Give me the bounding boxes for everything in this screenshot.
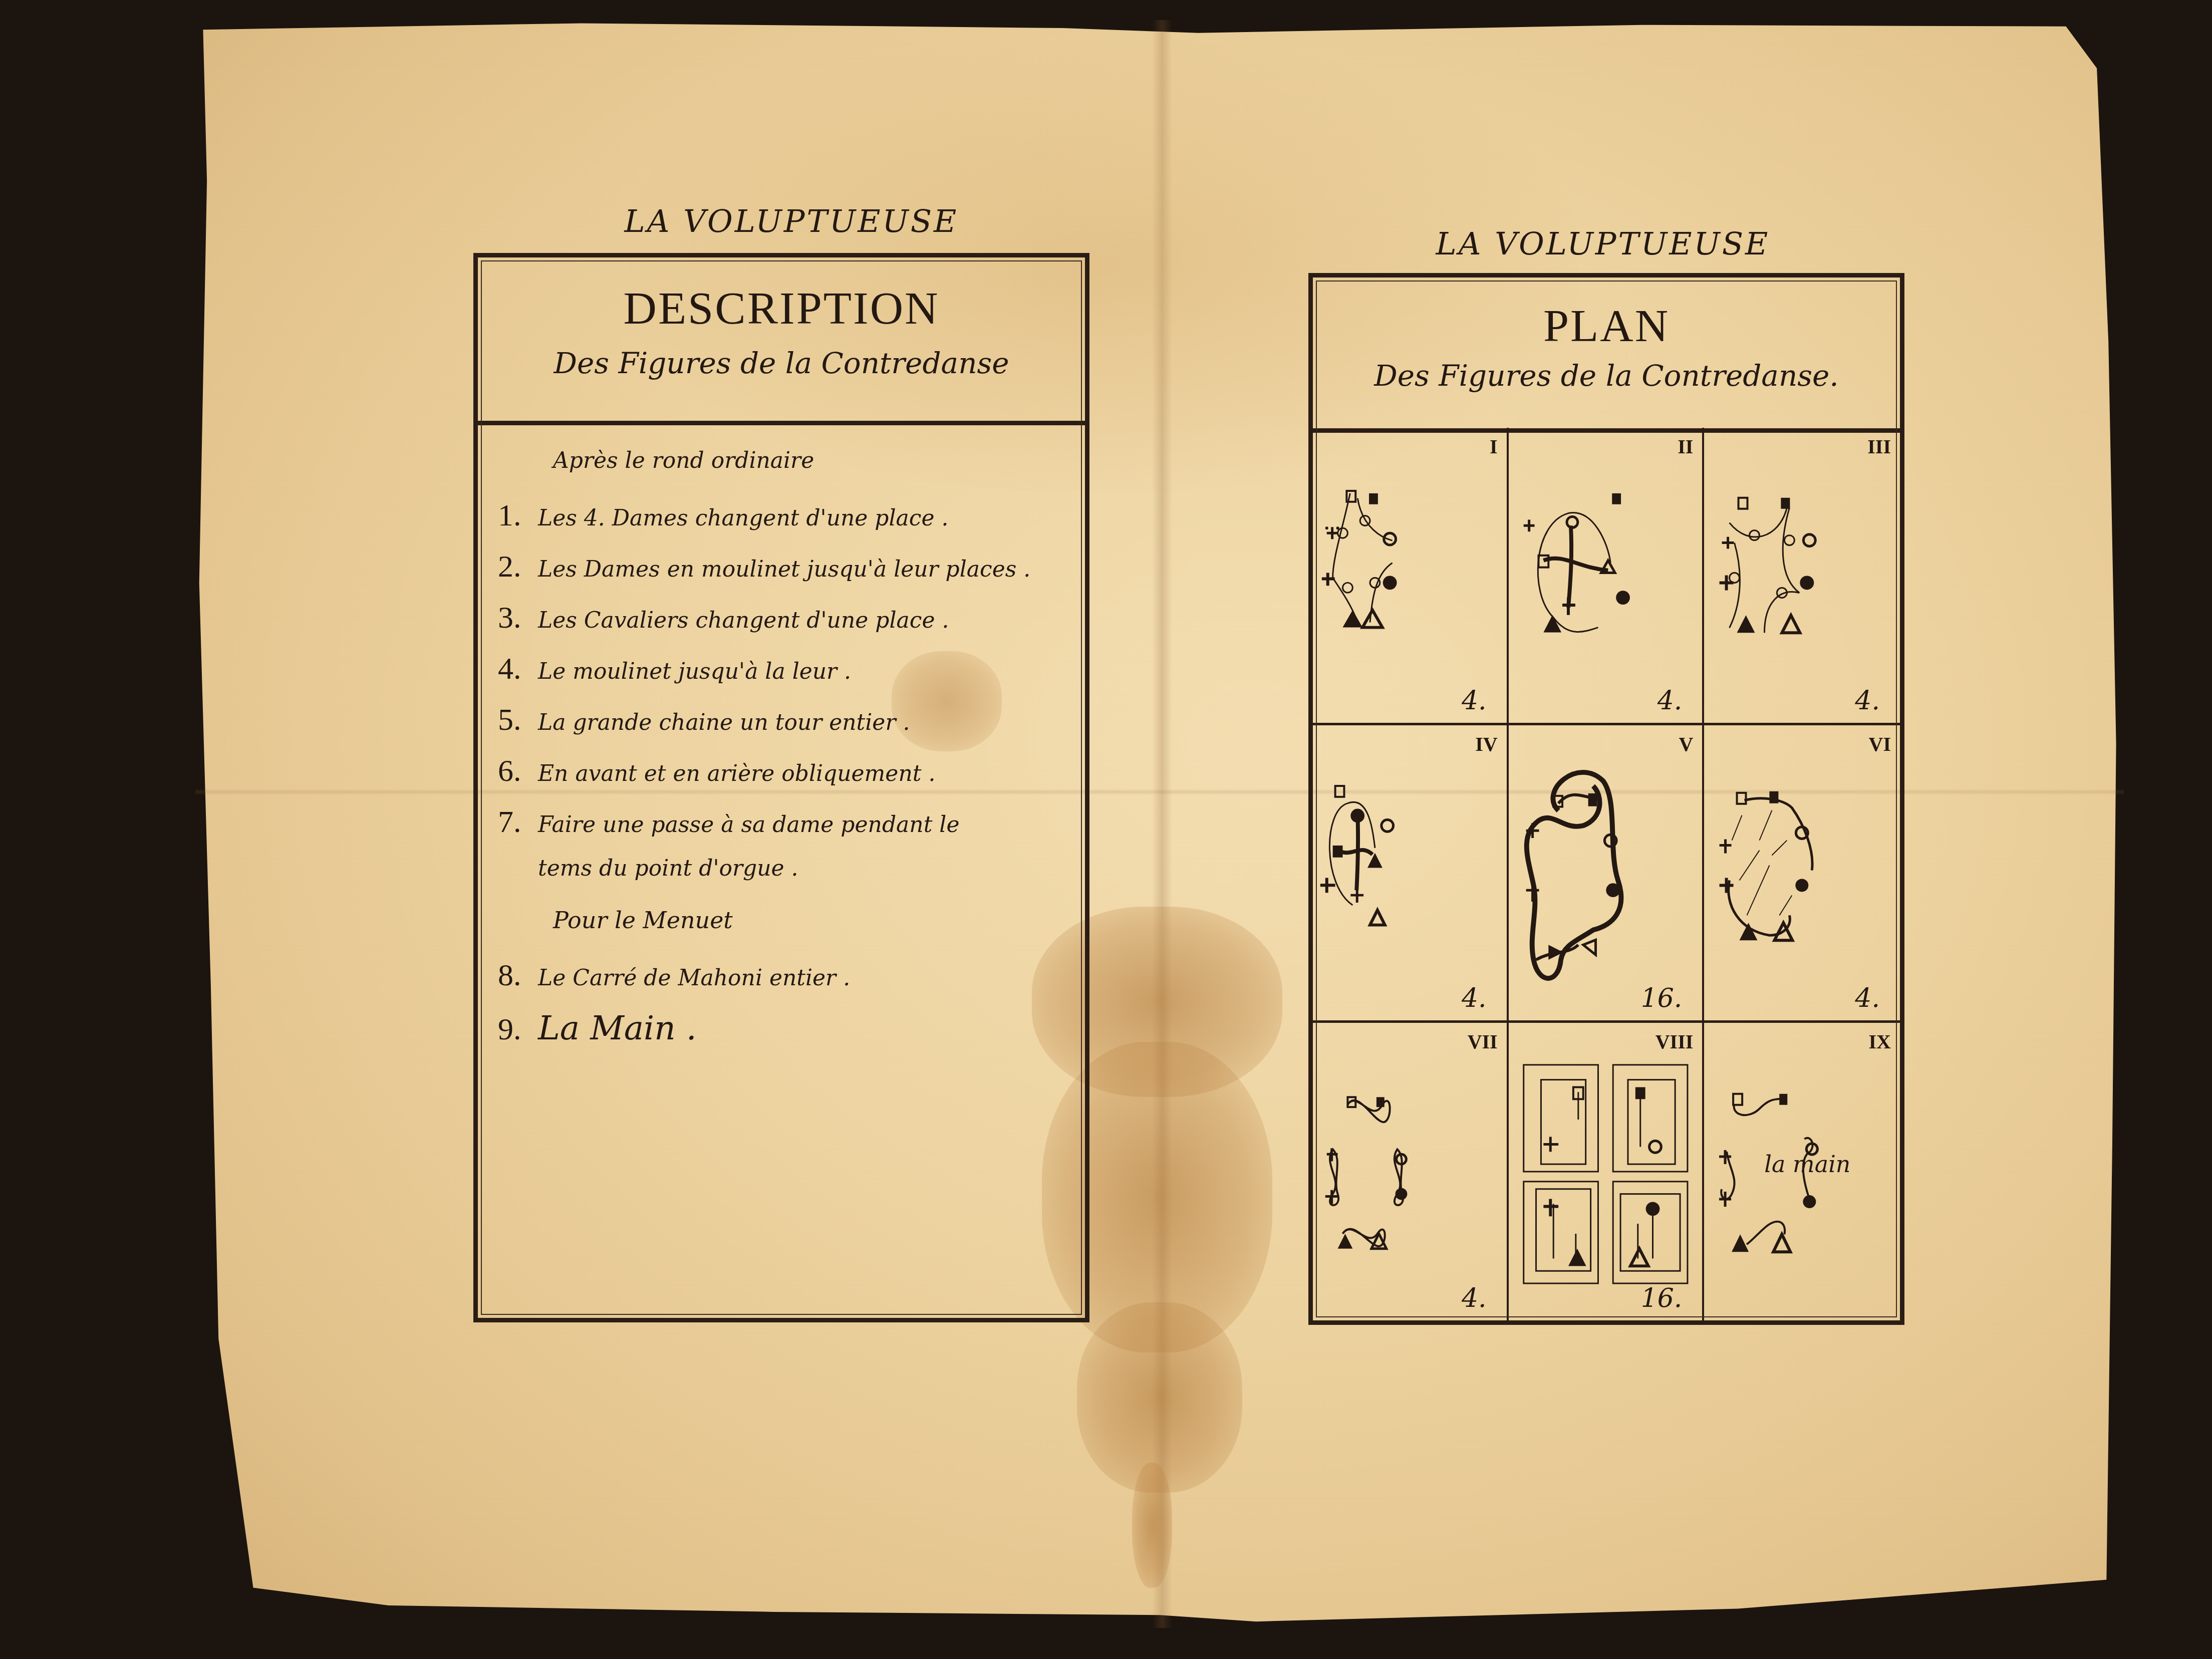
figure-item: 4.Le moulinet jusqu'à la leur . xyxy=(498,651,1070,702)
figure-item: 7.Faire une passe à sa dame pendant le xyxy=(498,804,1070,856)
figure-plan-grid: I 4. II 4. xyxy=(1313,428,1900,1320)
plan-frame: PLAN Des Figures de la Contredanse. I 4. xyxy=(1308,273,1904,1325)
description-subtitle: Des Figures de la Contredanse xyxy=(478,346,1085,380)
figure-diagram-icon xyxy=(1509,725,1703,1020)
figure-item: 6.En avant et en arière obliquement . xyxy=(498,753,1070,804)
water-stain-drip xyxy=(1132,1463,1172,1588)
figure-diagram-icon xyxy=(1509,428,1703,723)
figure-diagram-icon xyxy=(1313,428,1507,723)
la-main-label: la main xyxy=(1764,1151,1850,1178)
figure-diagram-icon xyxy=(1313,1023,1507,1320)
figure-item: 1.Les 4. Dames changent d'une place . xyxy=(498,498,1070,549)
menuet-heading: Pour le Menuet xyxy=(553,907,1070,958)
right-running-title: LA VOLUPTUEUSE xyxy=(1352,225,1853,262)
description-title: DESCRIPTION xyxy=(478,285,1085,331)
figure-diagram-icon xyxy=(1509,1023,1703,1320)
plan-cell-ix: la main IX xyxy=(1704,1023,1900,1320)
plan-cell-iv: IV 4. xyxy=(1313,725,1509,1023)
figure-item-continuation: tems du point d'orgue . xyxy=(498,856,1070,907)
plan-cell-v: V 16. xyxy=(1509,725,1705,1023)
figure-diagram-icon xyxy=(1704,725,1900,1020)
plan-cell-ii: II 4. xyxy=(1509,428,1705,725)
description-header: DESCRIPTION Des Figures de la Contredans… xyxy=(478,257,1085,425)
left-running-title: LA VOLUPTUEUSE xyxy=(501,203,1082,239)
figure-item: 3.Les Cavaliers changent d'une place . xyxy=(498,600,1070,651)
plan-cell-vii: VII 4. xyxy=(1313,1023,1509,1320)
figure-item: 5.La grande chaine un tour entier . xyxy=(498,702,1070,753)
intro-line: Après le rond ordinaire xyxy=(553,448,1070,498)
figure-item: 2.Les Dames en moulinet jusqu'à leur pla… xyxy=(498,549,1070,600)
plan-header: PLAN Des Figures de la Contredanse. xyxy=(1313,278,1900,433)
plan-cell-i: I 4. xyxy=(1313,428,1509,725)
figure-item: 9.La Main . xyxy=(498,1009,1070,1060)
plan-cell-vi: VI 4. xyxy=(1704,725,1900,1023)
figure-diagram-icon xyxy=(1313,725,1507,1020)
plan-cell-iii: III 4. xyxy=(1704,428,1900,725)
plan-cell-viii: VIII 16. xyxy=(1509,1023,1705,1320)
water-stain-center-low xyxy=(1077,1302,1242,1493)
figure-diagram-icon xyxy=(1704,1023,1900,1320)
plan-title: PLAN xyxy=(1313,303,1900,349)
plan-subtitle: Des Figures de la Contredanse. xyxy=(1313,359,1900,393)
figure-item: 8.Le Carré de Mahoni entier . xyxy=(498,958,1070,1009)
description-frame: DESCRIPTION Des Figures de la Contredans… xyxy=(473,253,1089,1322)
figure-diagram-icon xyxy=(1704,428,1900,723)
figure-description-list: Après le rond ordinaire 1.Les 4. Dames c… xyxy=(498,448,1070,1060)
